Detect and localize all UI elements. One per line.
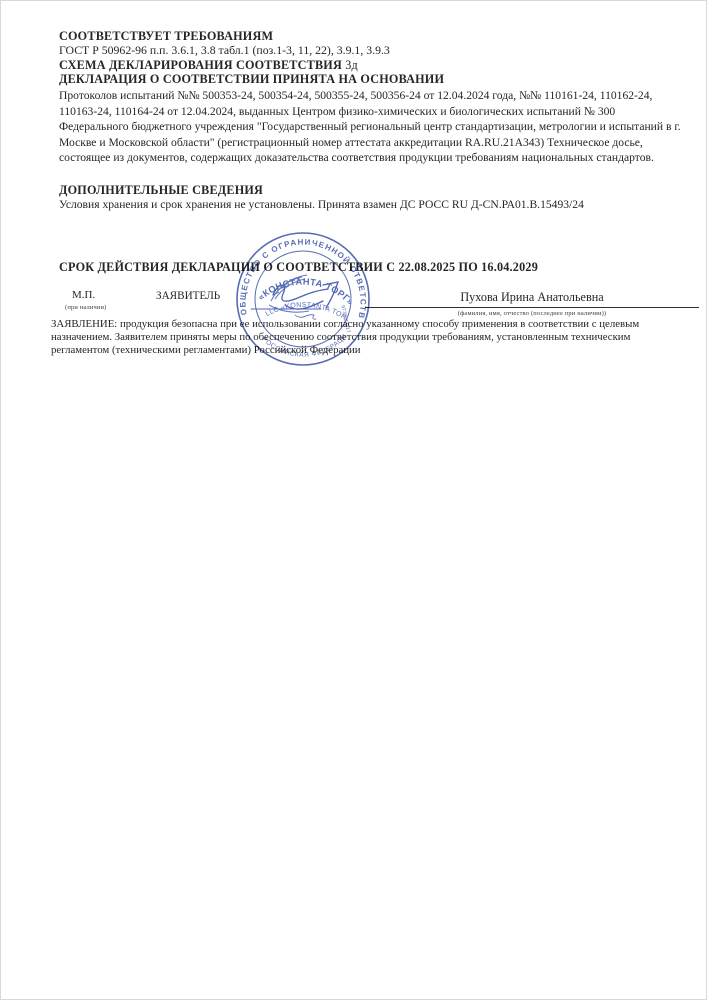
mp-label: М.П. — [72, 288, 95, 302]
declaration-document-page: СООТВЕТСТВУЕТ ТРЕБОВАНИЯМ ГОСТ Р 50962-9… — [0, 0, 707, 1000]
basis-title: ДЕКЛАРАЦИЯ О СООТВЕТСТВИИ ПРИНЯТА НА ОСН… — [59, 72, 681, 86]
applicant-label: ЗАЯВИТЕЛЬ — [156, 289, 220, 303]
requirements-section: СООТВЕТСТВУЕТ ТРЕБОВАНИЯМ ГОСТ Р 50962-9… — [59, 29, 681, 166]
applicant-name: Пухова Ирина Анатольевна — [460, 290, 603, 304]
applicant-name-field: Пухова Ирина Анатольевна — [365, 288, 699, 308]
gost-reference: ГОСТ Р 50962-96 п.п. 3.6.1, 3.8 табл.1 (… — [59, 43, 681, 57]
requirements-title: СООТВЕТСТВУЕТ ТРЕБОВАНИЯМ — [59, 29, 681, 43]
company-stamp: ОБЩЕСТВО С ОГРАНИЧЕННОЙ ОТВЕТСТВЕННОСТЬЮ… — [233, 229, 373, 369]
applicant-name-note: (фамилия, имя, отчество (последнее при н… — [365, 310, 699, 317]
scheme-label: СХЕМА ДЕКЛАРИРОВАНИЯ СООТВЕТСТВИЯ — [59, 58, 342, 72]
scheme-value: 3д — [345, 58, 358, 72]
additional-body: Условия хранения и срок хранения не уста… — [59, 197, 681, 213]
company-stamp-graphic: ОБЩЕСТВО С ОГРАНИЧЕННОЙ ОТВЕТСТВЕННОСТЬЮ… — [233, 229, 373, 369]
signature-row: М.П. (при наличии) ЗАЯВИТЕЛЬ Пухова Ирин… — [59, 288, 699, 320]
scheme-line: СХЕМА ДЕКЛАРИРОВАНИЯ СООТВЕТСТВИЯ 3д — [59, 58, 681, 72]
mp-note: (при наличии) — [65, 304, 106, 311]
additional-section: ДОПОЛНИТЕЛЬНЫЕ СВЕДЕНИЯ Условия хранения… — [59, 183, 681, 213]
stamp-inner-ring — [255, 251, 351, 347]
additional-title: ДОПОЛНИТЕЛЬНЫЕ СВЕДЕНИЯ — [59, 183, 681, 197]
basis-body: Протоколов испытаний №№ 500353-24, 50035… — [59, 88, 681, 166]
